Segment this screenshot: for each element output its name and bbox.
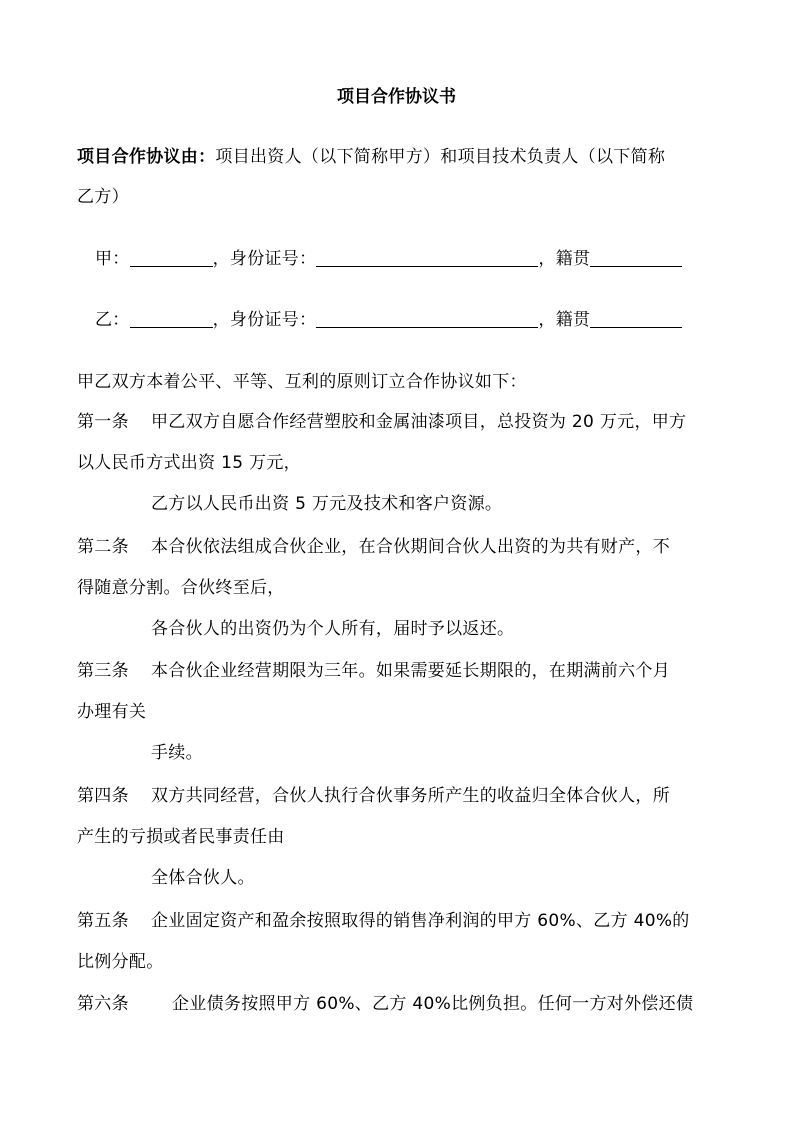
party-a-name-blank[interactable]	[130, 248, 213, 267]
article-6-text: 企业债务按照甲方 60%、乙方 40%比例负担。任何一方对外偿还债	[172, 994, 693, 1014]
party-b-id-blank[interactable]	[316, 309, 538, 328]
article-4-line-3: 全体合伙人。	[151, 866, 255, 890]
article-6-line-1: 第六条企业债务按照甲方 60%、乙方 40%比例负担。任何一方对外偿还债	[77, 992, 693, 1016]
intro-text: 项目出资人（以下简称甲方）和项目技术负责人（以下简称	[215, 147, 665, 167]
party-b-name-blank[interactable]	[130, 309, 213, 328]
article-4-line-2: 产生的亏损或者民事责任由	[77, 825, 285, 849]
party-b-id-label: ，身份证号：	[213, 310, 317, 330]
article-4-label: 第四条	[77, 784, 151, 808]
party-b-label: 乙：	[95, 310, 130, 330]
party-a-line: 甲：，身份证号：，籍贯	[95, 247, 682, 271]
party-a-origin-label: ，籍贯	[538, 249, 590, 269]
article-3-line-2: 办理有关	[77, 700, 146, 724]
party-a-id-label: ，身份证号：	[213, 249, 317, 269]
article-3-line-1: 第三条本合伙企业经营期限为三年。如果需要延长期限的，在期满前六个月	[77, 659, 670, 683]
article-1-line-2: 以人民币方式出资 15 万元，	[77, 451, 301, 475]
party-a-label: 甲：	[95, 249, 130, 269]
article-2-line-1: 第二条本合伙依法组成合伙企业，在合伙期间合伙人出资的为共有财产，不	[77, 535, 670, 559]
article-1-line-1: 第一条甲乙双方自愿合作经营塑胶和金属油漆项目，总投资为 20 万元，甲方	[77, 410, 686, 434]
article-2-line-2: 得随意分割。合伙终至后，	[77, 576, 285, 600]
intro-line-1: 项目合作协议由：项目出资人（以下简称甲方）和项目技术负责人（以下简称	[77, 145, 665, 169]
article-4-text: 双方共同经营，合伙人执行合伙事务所产生的收益归全体合伙人，所	[151, 786, 670, 806]
article-4-line-1: 第四条双方共同经营，合伙人执行合伙事务所产生的收益归全体合伙人，所	[77, 784, 670, 808]
article-1-line-3: 乙方以人民币出资 5 万元及技术和客户资源。	[151, 492, 502, 516]
party-b-origin-label: ，籍贯	[538, 310, 590, 330]
party-b-origin-blank[interactable]	[590, 309, 682, 328]
article-5-label: 第五条	[77, 909, 151, 933]
article-1-label: 第一条	[77, 410, 151, 434]
article-2-text: 本合伙依法组成合伙企业，在合伙期间合伙人出资的为共有财产，不	[151, 537, 670, 557]
party-a-origin-blank[interactable]	[590, 248, 682, 267]
article-1-text: 甲乙双方自愿合作经营塑胶和金属油漆项目，总投资为 20 万元，甲方	[151, 412, 686, 432]
article-5-line-1: 第五条企业固定资产和盈余按照取得的销售净利润的甲方 60%、乙方 40%的	[77, 909, 690, 933]
article-5-text: 企业固定资产和盈余按照取得的销售净利润的甲方 60%、乙方 40%的	[151, 911, 690, 931]
document-title: 项目合作协议书	[0, 85, 793, 109]
party-a-id-blank[interactable]	[316, 248, 538, 267]
article-6-label: 第六条	[77, 992, 172, 1016]
intro-line-2: 乙方）	[77, 185, 129, 209]
article-2-line-3: 各合伙人的出资仍为个人所有，届时予以返还。	[151, 617, 514, 641]
article-5-line-2: 比例分配。	[77, 950, 164, 974]
intro-label: 项目合作协议由：	[77, 147, 215, 167]
article-2-label: 第二条	[77, 535, 151, 559]
party-b-line: 乙：，身份证号：，籍贯	[95, 308, 682, 332]
article-3-label: 第三条	[77, 659, 151, 683]
article-3-text: 本合伙企业经营期限为三年。如果需要延长期限的，在期满前六个月	[151, 661, 670, 681]
preamble: 甲乙双方本着公平、平等、互利的原则订立合作协议如下：	[77, 370, 527, 394]
article-3-line-3: 手续。	[151, 741, 203, 765]
document-page: 项目合作协议书 项目合作协议由：项目出资人（以下简称甲方）和项目技术负责人（以下…	[0, 0, 793, 1122]
